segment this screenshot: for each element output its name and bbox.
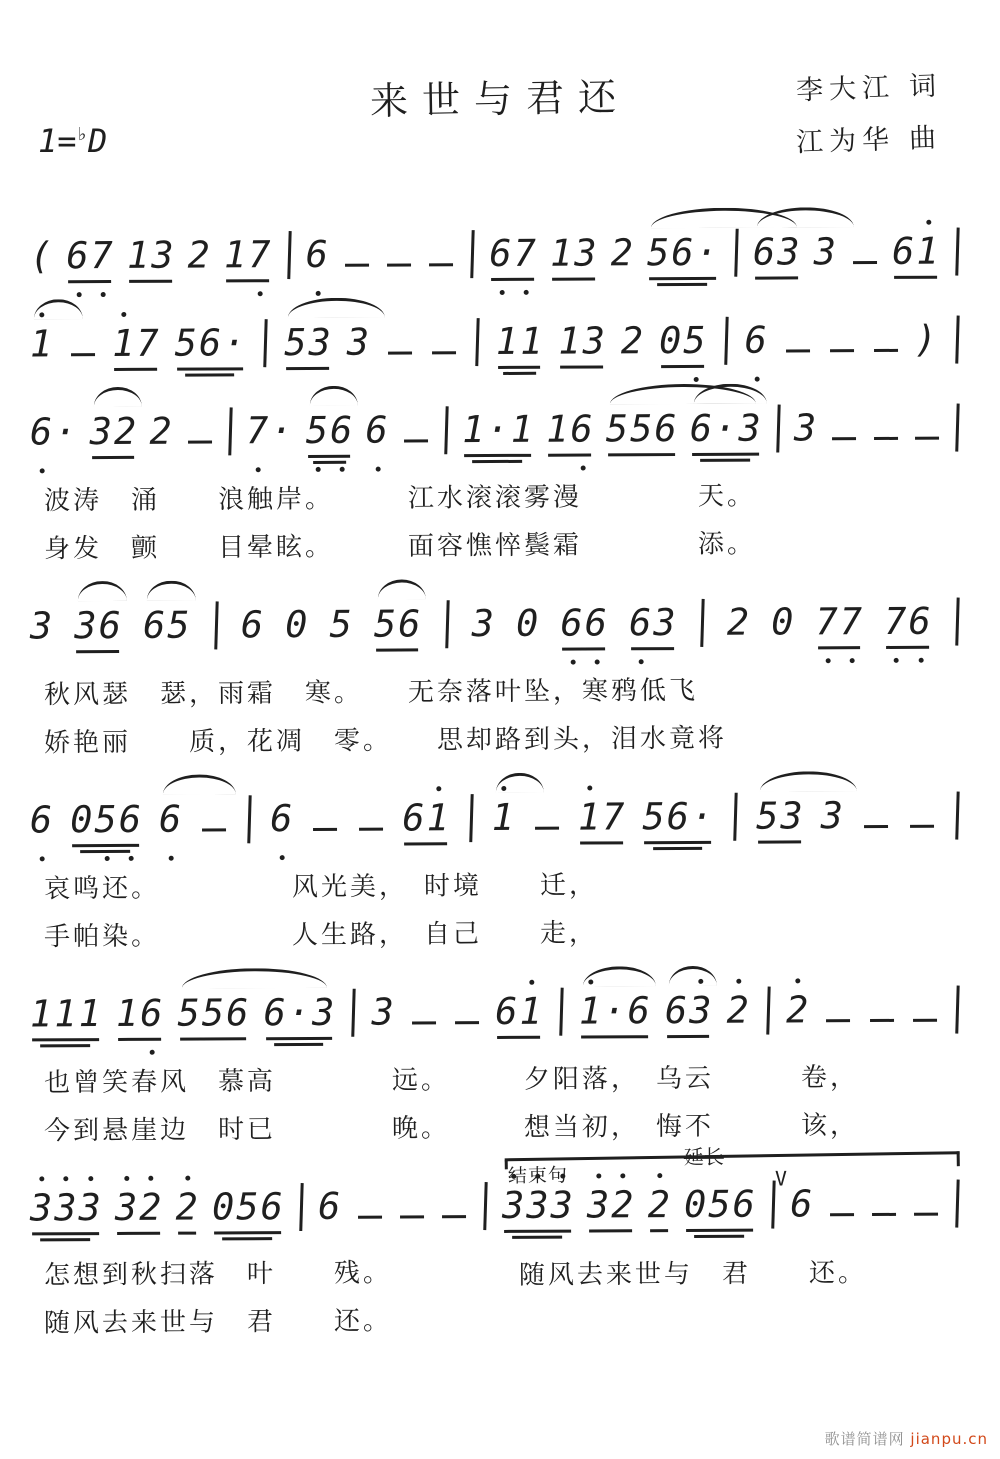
octave-dot bbox=[39, 1176, 44, 1181]
slur-arc bbox=[34, 299, 83, 319]
slur-arc bbox=[669, 966, 718, 986]
note-3: 3 bbox=[347, 319, 372, 367]
dash-stroke bbox=[412, 1021, 436, 1024]
key-signature: 1=♭D bbox=[38, 122, 107, 160]
note-6: 6 bbox=[270, 795, 295, 843]
dash-stroke bbox=[455, 1021, 479, 1024]
barline bbox=[953, 598, 962, 658]
underline bbox=[404, 842, 447, 845]
note-text: 2 bbox=[726, 989, 751, 1032]
dash-stroke bbox=[832, 437, 856, 440]
dash-note bbox=[452, 988, 482, 1036]
note-6: 6 bbox=[306, 231, 331, 279]
underline bbox=[177, 367, 244, 370]
barline bbox=[261, 319, 270, 379]
note-7: 7· bbox=[246, 407, 295, 455]
octave-dot bbox=[850, 658, 855, 663]
dash-note bbox=[342, 231, 372, 279]
note-text: 2 bbox=[611, 231, 636, 274]
underline bbox=[72, 844, 139, 847]
octave-dot bbox=[122, 312, 127, 317]
underline bbox=[266, 1037, 333, 1040]
barline-stroke bbox=[955, 986, 959, 1034]
underline bbox=[548, 454, 591, 457]
lyricist-name: 李大江 bbox=[796, 72, 896, 106]
note-16: 1·6 bbox=[579, 987, 652, 1035]
note-056: 056延长 bbox=[684, 1181, 757, 1229]
note-text: 13 bbox=[558, 319, 607, 362]
note-0: 0 bbox=[771, 598, 796, 646]
dash-stroke bbox=[359, 828, 383, 831]
note-56: 56· bbox=[642, 793, 715, 841]
lyrics-block: 也曾笑春风 慕高 远。 夕阳落， 乌云 卷，今到悬崖边 时已 晚。 想当初， 悔… bbox=[30, 1056, 970, 1152]
dash-stroke bbox=[313, 828, 337, 831]
note-3: 3 bbox=[821, 792, 846, 840]
note-3: 3 bbox=[30, 602, 55, 650]
dash-note bbox=[869, 1180, 899, 1228]
octave-dot bbox=[256, 467, 261, 472]
note-6: 6V bbox=[790, 1180, 815, 1228]
note-text: 3 bbox=[30, 604, 55, 647]
ending-label: 结束句 bbox=[508, 1160, 568, 1188]
note-text: 16 bbox=[546, 407, 595, 450]
note-text: ) bbox=[914, 318, 939, 361]
note-text: 3 bbox=[347, 321, 372, 364]
barline-stroke bbox=[955, 404, 959, 452]
note-53: 53 bbox=[284, 319, 333, 367]
barline-stroke bbox=[352, 989, 356, 1037]
barline-stroke bbox=[734, 793, 738, 841]
dash-note bbox=[911, 1180, 941, 1228]
underline bbox=[650, 1229, 668, 1232]
note-paren: ) bbox=[914, 316, 939, 364]
note-text: 056 bbox=[212, 1185, 285, 1228]
octave-dot bbox=[436, 786, 441, 791]
underline bbox=[886, 646, 929, 649]
octave-dot bbox=[580, 466, 585, 471]
dash-note bbox=[68, 320, 98, 368]
note-17: 17 bbox=[224, 231, 273, 279]
slur-arc bbox=[93, 387, 142, 407]
lyric-row: 哀鸣还。 风光美， 时境 迁， bbox=[44, 859, 970, 913]
dash-note bbox=[907, 792, 937, 840]
barline-stroke bbox=[955, 1180, 959, 1228]
octave-dot bbox=[926, 220, 931, 225]
octave-dot bbox=[621, 1173, 626, 1178]
octave-dot bbox=[316, 467, 321, 472]
octave-dot bbox=[280, 855, 285, 860]
octave-dot bbox=[529, 980, 534, 985]
underline bbox=[308, 455, 351, 458]
lyric-row: 也曾笑春风 慕高 远。 夕阳落， 乌云 卷， bbox=[44, 1053, 970, 1107]
dash-note bbox=[910, 986, 940, 1034]
octave-dot bbox=[169, 856, 174, 861]
note-text: ( bbox=[30, 234, 55, 277]
note-13: 13 bbox=[127, 232, 176, 280]
underline bbox=[694, 1235, 744, 1238]
barline bbox=[698, 599, 707, 659]
barline bbox=[212, 601, 221, 661]
note-text: 2 bbox=[727, 601, 752, 644]
underline bbox=[755, 276, 798, 279]
octave-dot bbox=[64, 1176, 69, 1181]
dash-stroke bbox=[400, 1215, 424, 1218]
dash-note bbox=[912, 404, 942, 452]
barline bbox=[467, 794, 476, 854]
composer-name: 江为华 bbox=[796, 124, 896, 158]
underline bbox=[491, 278, 534, 281]
barline-stroke bbox=[444, 406, 448, 454]
note-67: 67 bbox=[66, 232, 115, 280]
underline bbox=[498, 366, 541, 369]
lyrics-block: 秋风瑟 瑟，雨霜 寒。 无奈落叶坠，寒鸦低飞娇艳丽 质，花凋 零。 思却路到头，… bbox=[30, 668, 970, 764]
dash-stroke bbox=[870, 1019, 894, 1022]
dash-note bbox=[185, 407, 215, 455]
underline bbox=[580, 841, 623, 844]
octave-dot bbox=[129, 856, 134, 861]
note-56: 56· bbox=[647, 229, 720, 277]
dash-stroke bbox=[404, 439, 428, 442]
note-1: 1 bbox=[492, 794, 517, 842]
barline-stroke bbox=[471, 230, 475, 278]
note-text: 13 bbox=[127, 234, 176, 277]
underline bbox=[117, 1232, 160, 1235]
note-3: 3 bbox=[794, 404, 819, 452]
slur-arc bbox=[760, 771, 857, 792]
dash-stroke bbox=[913, 1019, 937, 1022]
underline bbox=[214, 1231, 281, 1234]
lyric-row: 手帕染。 人生路， 自己 走， bbox=[44, 907, 970, 961]
note-text: 17 bbox=[112, 322, 161, 365]
note-text: 2 bbox=[621, 319, 646, 362]
barline bbox=[953, 792, 962, 852]
barline bbox=[953, 316, 962, 376]
note-text: 36 bbox=[74, 604, 123, 647]
note-text: 67 bbox=[66, 234, 115, 277]
barline-stroke bbox=[724, 317, 728, 365]
dash-stroke bbox=[535, 827, 559, 830]
music-line: 11756·53311132056) bbox=[30, 316, 962, 379]
note-63: 63 bbox=[753, 228, 802, 276]
dash-note bbox=[429, 318, 459, 366]
octave-dot bbox=[570, 660, 575, 665]
note-6: 6 bbox=[365, 407, 390, 455]
barline bbox=[442, 406, 451, 466]
octave-dot bbox=[596, 1173, 601, 1178]
octave-dot bbox=[523, 290, 528, 295]
note-77: 77 bbox=[815, 598, 864, 646]
octave-dot bbox=[150, 1050, 155, 1055]
octave-dot bbox=[754, 377, 759, 382]
underline bbox=[313, 461, 346, 464]
octave-dot bbox=[587, 785, 592, 790]
slur-arc bbox=[163, 774, 236, 794]
underline bbox=[653, 847, 703, 850]
octave-dot bbox=[825, 658, 830, 663]
note-61: 61 bbox=[495, 988, 544, 1036]
barline-stroke bbox=[776, 404, 780, 452]
dash-note bbox=[397, 1182, 427, 1230]
barline-stroke bbox=[483, 1182, 487, 1230]
underline bbox=[32, 1232, 99, 1235]
note-2: 2 bbox=[727, 599, 752, 647]
note-text: 6·3 bbox=[690, 407, 763, 450]
note-text: 1·1 bbox=[462, 408, 535, 451]
dash-stroke bbox=[827, 1019, 851, 1022]
note-13: 13 bbox=[550, 229, 599, 277]
note-text: 333 bbox=[502, 1184, 575, 1227]
lyrics-block: 波涛 涌 浪触岸。 江水滚滚雾漫 天。身发 颤 目晕眩。 面容憔悴鬓霜 添。 bbox=[30, 474, 970, 570]
note-text: 2 bbox=[648, 1183, 673, 1226]
octave-dot bbox=[40, 856, 45, 861]
dash-note bbox=[401, 406, 431, 454]
note-11: 11 bbox=[496, 318, 545, 366]
note-text: 6 bbox=[306, 233, 331, 276]
note-text: 76 bbox=[884, 600, 933, 643]
note-text: 32 bbox=[587, 1183, 636, 1226]
note-2: 2 bbox=[611, 229, 636, 277]
lyric-row: 娇艳丽 质，花凋 零。 思却路到头，泪水竟将 bbox=[44, 713, 970, 767]
dash-note bbox=[385, 318, 415, 366]
barline-stroke bbox=[247, 795, 251, 843]
underline bbox=[894, 276, 937, 279]
underline bbox=[286, 367, 329, 370]
note-66: 66 bbox=[560, 599, 609, 647]
dash-stroke bbox=[864, 825, 888, 828]
underline bbox=[657, 283, 707, 286]
music-line: 3366560556306663207776 bbox=[30, 598, 962, 661]
barline-stroke bbox=[955, 792, 959, 840]
octave-dot bbox=[149, 1176, 154, 1181]
octave-dot bbox=[918, 658, 923, 663]
note-text: 5 bbox=[329, 603, 354, 646]
barline-stroke bbox=[955, 598, 959, 646]
dash-note bbox=[826, 1180, 856, 1228]
note-32: 32 bbox=[115, 1184, 164, 1232]
slur-arc bbox=[78, 581, 127, 601]
underline bbox=[631, 647, 674, 650]
barline-stroke bbox=[955, 316, 959, 364]
note-556: 556 bbox=[606, 405, 679, 453]
note-text: 77 bbox=[815, 600, 864, 643]
underline bbox=[129, 280, 172, 283]
underline bbox=[226, 279, 269, 282]
barline-stroke bbox=[955, 228, 959, 276]
note-text: 2 bbox=[176, 1186, 201, 1229]
note-1: 1 bbox=[30, 320, 55, 368]
ending-bracket: 结束句 bbox=[505, 1151, 960, 1173]
dash-stroke bbox=[786, 349, 810, 352]
note-56: 56 bbox=[374, 600, 423, 648]
note-63: 6·3 bbox=[690, 405, 763, 453]
underline bbox=[114, 368, 157, 371]
barline-stroke bbox=[734, 229, 738, 277]
dash-stroke bbox=[358, 1216, 382, 1219]
note-text: 2 bbox=[786, 988, 811, 1031]
note-text: 6 bbox=[159, 798, 184, 841]
barline-stroke bbox=[214, 601, 218, 649]
dash-stroke bbox=[830, 349, 854, 352]
barline bbox=[442, 600, 451, 660]
lyric-row: 今到悬崖边 时已 晚。 想当初， 悔不 该， bbox=[44, 1101, 970, 1155]
sheet-header: 来世与君还 李大江词 江为华曲 1=♭D bbox=[30, 0, 970, 200]
key-note: D bbox=[88, 122, 107, 160]
barline-stroke bbox=[469, 794, 473, 842]
note-text: 56· bbox=[647, 231, 720, 274]
lyricist-credit: 李大江词 bbox=[795, 63, 942, 107]
note-6: 6 bbox=[744, 317, 769, 365]
underline bbox=[32, 1038, 99, 1041]
note-text: 3 bbox=[472, 602, 497, 645]
note-text: 6 bbox=[318, 1185, 343, 1228]
dash-stroke bbox=[874, 437, 898, 440]
note-text: 13 bbox=[550, 231, 599, 274]
barline-stroke bbox=[475, 318, 479, 366]
dash-stroke bbox=[442, 1215, 466, 1218]
note-0: 0 bbox=[285, 601, 310, 649]
note-333: 333 bbox=[30, 1184, 103, 1232]
dash-stroke bbox=[188, 440, 212, 443]
dash-stroke bbox=[71, 353, 95, 356]
underline bbox=[92, 456, 135, 459]
note-6: 6 bbox=[30, 796, 55, 844]
note-61: 61 bbox=[402, 794, 451, 842]
note-text: 61 bbox=[402, 796, 451, 839]
barline bbox=[297, 1183, 306, 1243]
note-63: 6·3 bbox=[263, 989, 336, 1037]
note-text: 1 bbox=[30, 322, 55, 365]
note-text: 056 bbox=[70, 798, 143, 841]
composer-credit: 江为华曲 bbox=[795, 115, 942, 159]
barline-stroke bbox=[559, 988, 563, 1036]
octave-dot bbox=[796, 978, 801, 983]
note-16: 16 bbox=[116, 990, 165, 1038]
note-text: 6·3 bbox=[263, 991, 336, 1034]
note-text: 56 bbox=[374, 602, 423, 645]
note-text: 6 bbox=[270, 797, 295, 840]
dash-note bbox=[354, 1183, 384, 1231]
note-text: 6 bbox=[365, 409, 390, 452]
score: (671321766713256·6336111756·53311132056)… bbox=[30, 230, 970, 1346]
octave-dot bbox=[375, 467, 380, 472]
note-text: 6 bbox=[744, 319, 769, 362]
dash-note bbox=[861, 792, 891, 840]
note-text: 3 bbox=[821, 794, 846, 837]
underline bbox=[552, 277, 595, 280]
dash-note bbox=[783, 316, 813, 364]
underline bbox=[686, 1229, 753, 1232]
barline bbox=[245, 795, 254, 855]
note-text: 56· bbox=[175, 321, 248, 364]
barline bbox=[953, 986, 962, 1046]
underline bbox=[661, 365, 704, 368]
note-056: 056 bbox=[212, 1183, 285, 1231]
music-line: 3333220566333322056延长6V结束句 bbox=[30, 1180, 962, 1243]
octave-dot bbox=[258, 291, 263, 296]
note-2: 2 bbox=[726, 987, 751, 1035]
note-text: 2 bbox=[149, 410, 174, 453]
octave-dot bbox=[693, 377, 698, 382]
underline bbox=[68, 280, 111, 283]
barline bbox=[953, 404, 962, 464]
note-text: 6 bbox=[790, 1182, 815, 1225]
dash-note bbox=[866, 986, 896, 1034]
note-text: 333 bbox=[30, 1186, 103, 1229]
dash-stroke bbox=[915, 437, 939, 440]
lyrics-block: 哀鸣还。 风光美， 时境 迁，手帕染。 人生路， 自己 走， bbox=[30, 862, 970, 958]
note-text: 32 bbox=[90, 410, 139, 453]
slur-arc bbox=[378, 579, 427, 599]
note-056: 056 bbox=[70, 796, 143, 844]
lyric-row: 身发 颤 目晕眩。 面容憔悴鬓霜 添。 bbox=[44, 519, 970, 573]
barline bbox=[774, 404, 783, 464]
note-32: 32 bbox=[90, 408, 139, 456]
watermark-site: 歌谱简谱网 bbox=[825, 1430, 905, 1448]
underline bbox=[473, 460, 523, 463]
note-56: 56· bbox=[175, 319, 248, 367]
note-text: 17 bbox=[578, 795, 627, 838]
note-6: 6 bbox=[318, 1183, 343, 1231]
underline bbox=[40, 1044, 90, 1047]
note-text: 11 bbox=[496, 320, 545, 363]
watermark-url-link[interactable]: jianpu.cn bbox=[910, 1430, 988, 1448]
octave-dot bbox=[124, 1176, 129, 1181]
octave-dot bbox=[40, 468, 45, 473]
dash-stroke bbox=[853, 261, 877, 264]
octave-dot bbox=[104, 856, 109, 861]
note-16: 16 bbox=[546, 405, 595, 453]
dash-note bbox=[870, 316, 900, 364]
note-67: 67 bbox=[489, 230, 538, 278]
barline bbox=[721, 317, 730, 377]
dash-note bbox=[823, 986, 853, 1034]
note-3: 3 bbox=[371, 989, 396, 1037]
lyric-row: 随风去来世与 君 还。 bbox=[519, 1248, 971, 1299]
note-3: 3 bbox=[814, 228, 839, 276]
note-2: 2 bbox=[149, 408, 174, 456]
lyric-row: 怎想到秋扫落 叶 残。 bbox=[44, 1248, 519, 1299]
note-text: 63 bbox=[629, 601, 678, 644]
note-text: 17 bbox=[224, 233, 273, 276]
note-17: 17 bbox=[578, 793, 627, 841]
note-0: 0 bbox=[516, 600, 541, 648]
note-53: 53 bbox=[756, 792, 805, 840]
barline-stroke bbox=[228, 407, 232, 455]
octave-dot bbox=[340, 467, 345, 472]
lyricist-role: 词 bbox=[909, 70, 943, 102]
underline bbox=[504, 1230, 571, 1233]
barline bbox=[468, 230, 477, 290]
note-2: 2 bbox=[175, 1184, 200, 1232]
octave-dot bbox=[639, 659, 644, 664]
lyric-row: 随风去来世与 君 还。 bbox=[44, 1296, 519, 1347]
dash-stroke bbox=[388, 351, 412, 354]
octave-dot bbox=[100, 292, 105, 297]
octave-dot bbox=[499, 290, 504, 295]
note-6: 6· bbox=[30, 408, 79, 456]
underline bbox=[560, 365, 603, 368]
underline bbox=[178, 1232, 196, 1235]
note-text: 3 bbox=[371, 991, 396, 1034]
note-text: 6 bbox=[30, 798, 55, 841]
note-text: 1 bbox=[492, 796, 517, 839]
barline bbox=[557, 988, 566, 1048]
note-text: 6· bbox=[30, 410, 79, 453]
barline-stroke bbox=[299, 1183, 303, 1231]
slur-arc bbox=[496, 773, 545, 793]
dash-note bbox=[426, 230, 456, 278]
underline bbox=[581, 1035, 648, 1038]
